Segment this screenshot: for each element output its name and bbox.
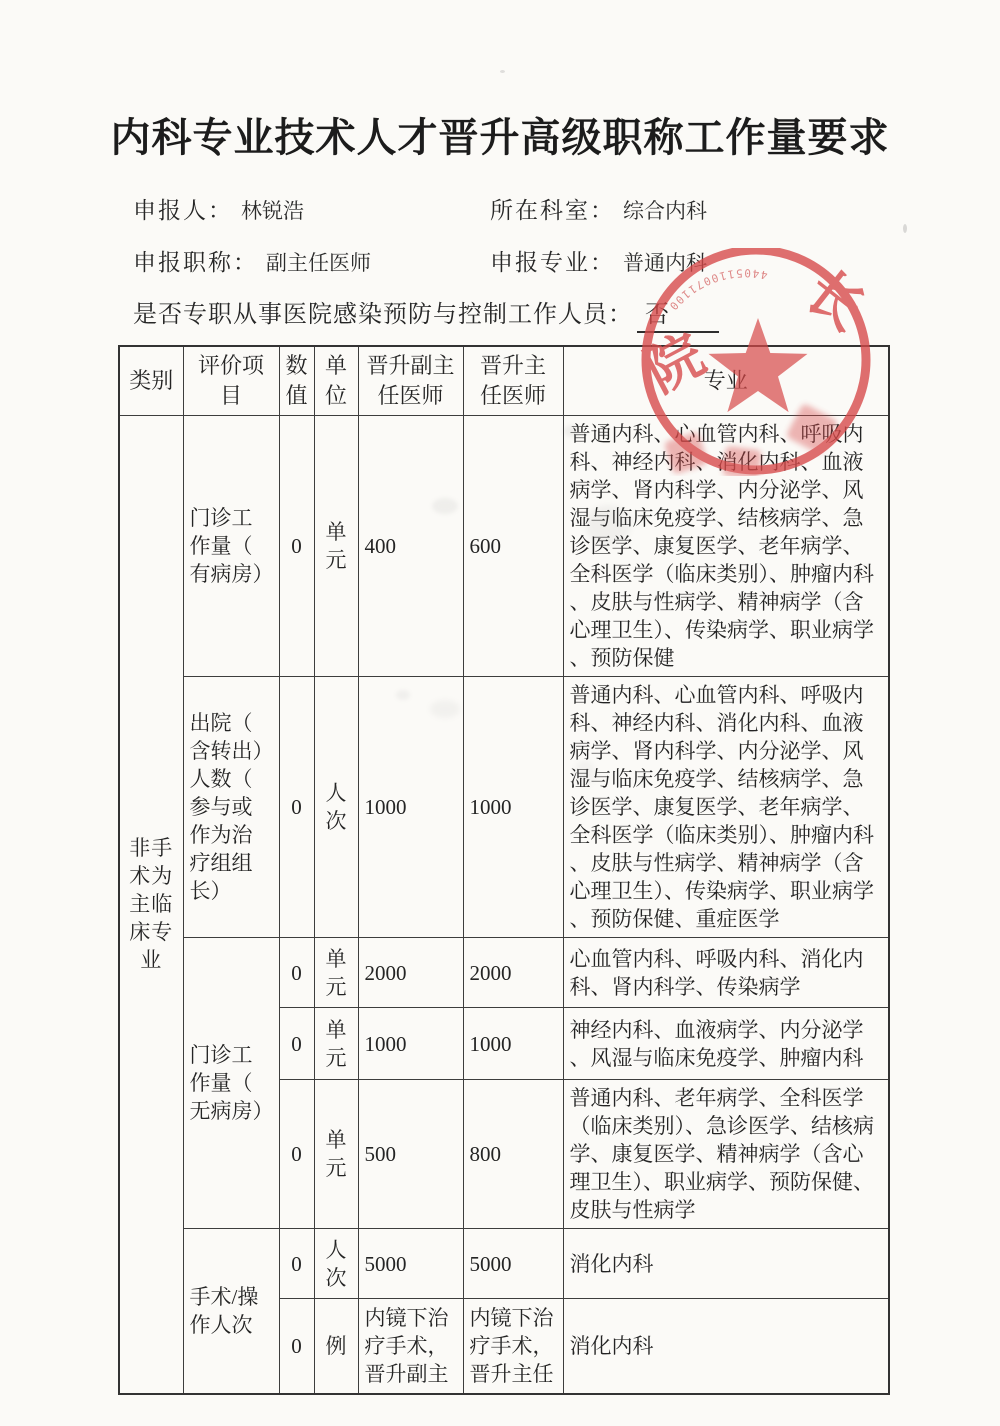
field-applicant: 申报人：林锐浩 [133,192,304,225]
header-category: 类别 [119,346,183,416]
department-value: 综合内科 [623,199,707,223]
applied-specialty-label: 申报专业： [490,250,615,275]
header-unit: 单位 [314,346,358,416]
header-value: 数值 [279,346,314,416]
field-applied-title: 申报职称：副主任医师 [133,244,371,277]
specialties-cell: 心血管内科、呼吸内科、消化内科、肾内科学、传染病学 [563,938,889,1008]
seal-char-top-right: 长 [794,260,876,343]
table-row: 手术/操作人次 0 人次 5000 5000 消化内科 [119,1229,889,1299]
specialties-cell: 消化内科 [563,1229,889,1299]
applied-title-value: 副主任医师 [266,251,371,275]
chief-cell: 2000 [463,938,563,1008]
item-cell: 出院（含转出）人数（参与或作为治疗组组长） [183,677,279,938]
item-cell: 手术/操作人次 [183,1229,279,1394]
specialties-cell: 普通内科、心血管内科、呼吸内科、神经内科、消化内科、血液病学、肾内科学、内分泌学… [563,677,889,938]
specialties-cell: 消化内科 [563,1299,889,1394]
field-applied-specialty: 申报专业：普通内科 [490,244,707,277]
value-cell: 0 [279,1080,314,1229]
header-chief: 晋升主任医师 [463,346,563,416]
scan-artifact [585,505,631,545]
department-label: 所在科室： [490,198,615,223]
table-header-row: 类别 评价项目 数值 单位 晋升副主任医师 晋升主任医师 专业 [119,346,889,416]
scanned-document-page: 内科专业技术人才晋升高级职称工作量要求 申报人：林锐浩 所在科室：综合内科 申报… [0,0,1000,1426]
unit-cell: 单元 [314,1008,358,1080]
value-cell: 0 [279,416,314,677]
scan-artifact [563,425,581,437]
header-specialty: 专业 [563,346,889,416]
deputy-cell: 500 [358,1080,463,1229]
chief-cell: 600 [463,416,563,677]
header-deputy-chief: 晋升副主任医师 [358,346,463,416]
infection-answer-value: 否 [637,294,719,333]
unit-cell: 人次 [314,1229,358,1299]
workload-requirements-table: 类别 评价项目 数值 单位 晋升副主任医师 晋升主任医师 专业 非手术为主临床专… [118,345,890,1395]
scan-artifact [396,690,410,700]
chief-cell: 1000 [463,677,563,938]
scan-artifact [430,700,460,718]
scan-artifact [432,498,458,514]
field-department: 所在科室：综合内科 [490,192,707,225]
applicant-value: 林锐浩 [241,199,304,223]
item-cell: 门诊工作量（无病房） [183,938,279,1229]
specialties-cell: 神经内科、血液病学、内分泌学、风湿与临床免疫学、肿瘤内科 [563,1008,889,1080]
unit-cell: 单元 [314,416,358,677]
table-row: 出院（含转出）人数（参与或作为治疗组组长） 0 人次 1000 1000 普通内… [119,677,889,938]
specialties-cell: 普通内科、心血管内科、呼吸内科、神经内科、消化内科、血液病学、肾内科学、内分泌学… [563,416,889,677]
category-cell: 非手术为主临床专业 [119,416,183,1394]
table-row: 门诊工作量（无病房） 0 单元 2000 2000 心血管内科、呼吸内科、消化内… [119,938,889,1008]
applied-title-label: 申报职称： [133,250,258,275]
chief-cell: 内镜下治疗手术，晋升主任 [463,1299,563,1394]
unit-cell: 人次 [314,677,358,938]
applied-specialty-value: 普通内科 [623,251,707,275]
scan-artifact [903,224,907,233]
unit-cell: 例 [314,1299,358,1394]
header-item: 评价项目 [183,346,279,416]
deputy-cell: 2000 [358,938,463,1008]
value-cell: 0 [279,1008,314,1080]
scan-artifact [575,760,595,786]
document-title: 内科专业技术人才晋升高级职称工作量要求 [0,106,1000,163]
deputy-cell: 内镜下治疗手术，晋升副主 [358,1299,463,1394]
value-cell: 0 [279,1299,314,1394]
chief-cell: 1000 [463,1008,563,1080]
chief-cell: 800 [463,1080,563,1229]
unit-cell: 单元 [314,1080,358,1229]
deputy-cell: 1000 [358,1008,463,1080]
deputy-cell: 400 [358,416,463,677]
deputy-cell: 5000 [358,1229,463,1299]
scan-artifact [500,70,505,73]
chief-cell: 5000 [463,1229,563,1299]
value-cell: 0 [279,677,314,938]
infection-control-question: 是否专职从事医院感染预防与控制工作人员：否 [133,294,719,333]
infection-question-label: 是否专职从事医院感染预防与控制工作人员： [133,302,633,328]
specialties-cell: 普通内科、老年病学、全科医学（临床类别）、急诊医学、结核病学、康复医学、精神病学… [563,1080,889,1229]
value-cell: 0 [279,938,314,1008]
applicant-label: 申报人： [133,198,233,223]
value-cell: 0 [279,1229,314,1299]
table-row: 非手术为主临床专业 门诊工作量（有病房） 0 单元 400 600 普通内科、心… [119,416,889,677]
unit-cell: 单元 [314,938,358,1008]
item-cell: 门诊工作量（有病房） [183,416,279,677]
